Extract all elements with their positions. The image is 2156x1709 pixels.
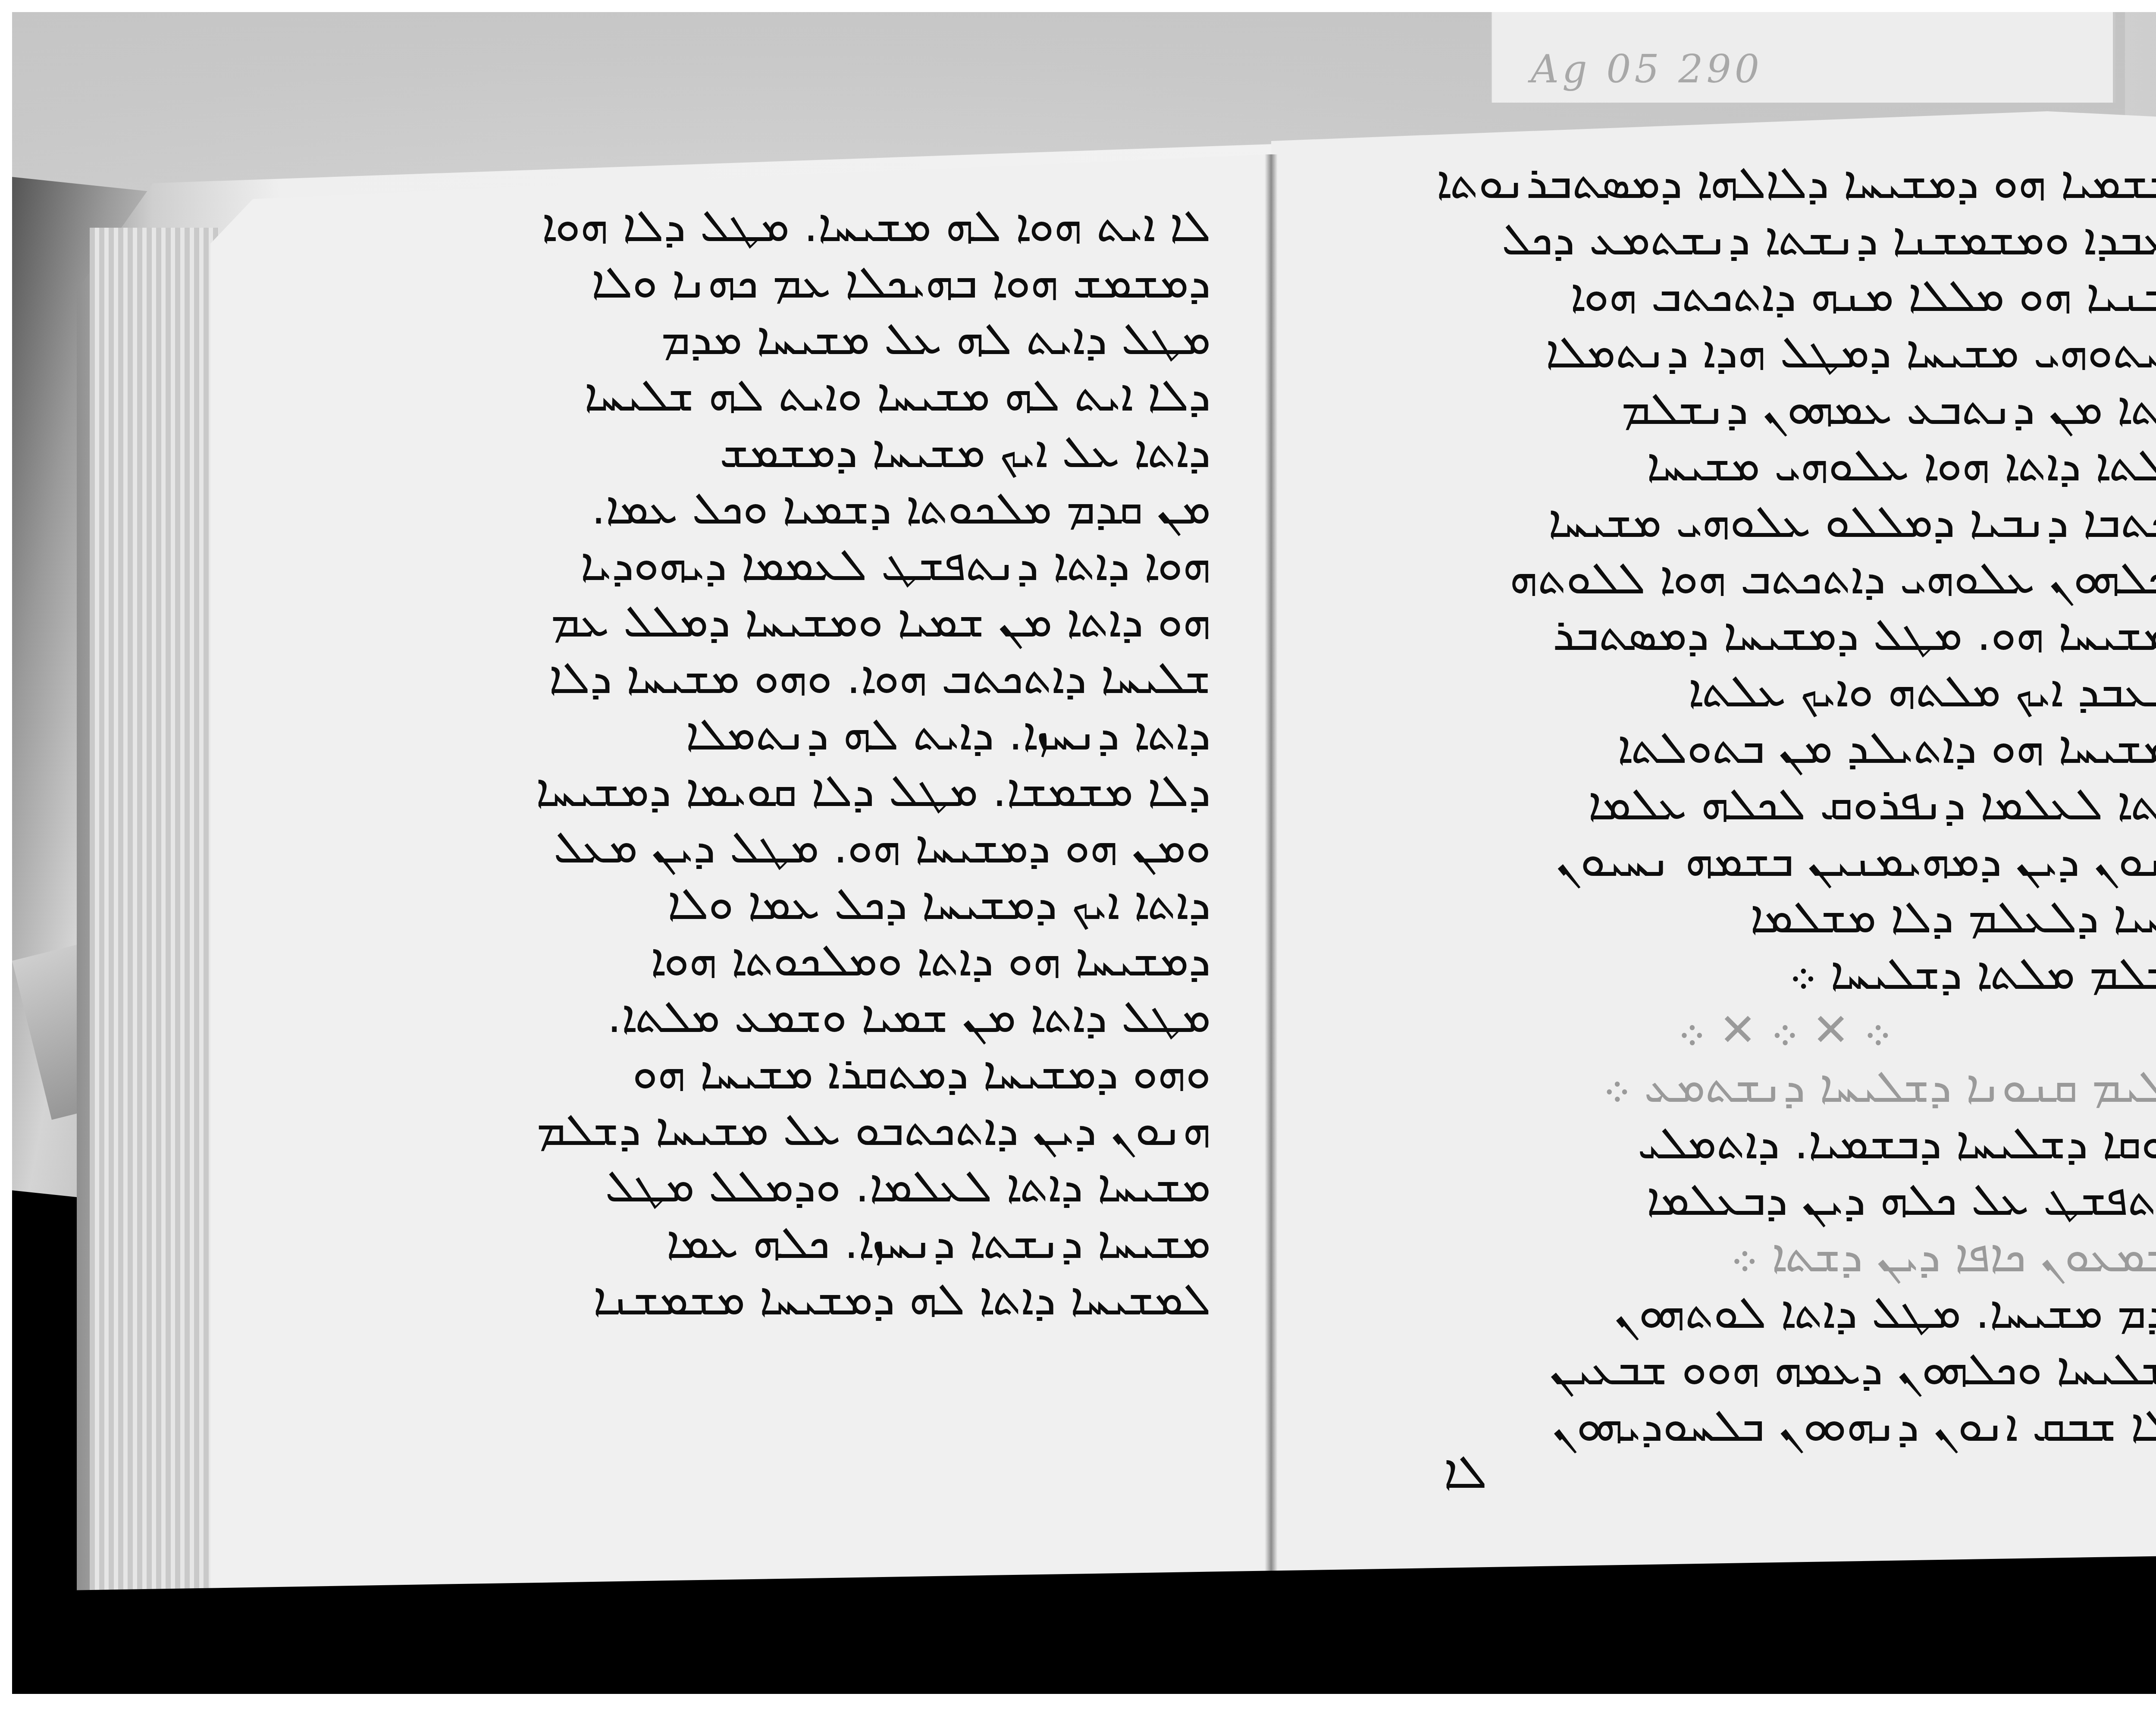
text-line: ܠܒܢܝܐ ܗܘ ܡܠܠܐ ܡܢܗ ܕܐܬܟܬܒ ܗܘܐ [1375, 267, 2156, 324]
text-line: ܠܘܩܐ ܕܫܠܝܚܐ ܕܒܫܡܝܐ. ܕܐܬܡܠܝ [1375, 1115, 2156, 1171]
text-line: ܘܗܘ ܕܡܫܝܚܐ ܕܡܬܩܪܐ ܡܫܝܚܐ ܗܘ [392, 1045, 1211, 1101]
shelfmark-label-text: Ag 05 290 [1531, 47, 1763, 92]
shelfmark-label-slip: Ag 05 290 [1491, 12, 2115, 103]
text-line: ܕܡܫܝܚܐ ܗܘ ܕܐܬܝܠܕ ܡܢ ܒܬܘܠܬܐ [1375, 719, 2156, 776]
text-line: ܡܢ ܩܕܡ ܡܠܟܘܬܐ ܕܫܡܝܐ ܘܟܠ ܥܡܐ. [392, 480, 1211, 536]
text-line: ܕܥܒܕܐ ܘܡܫܡܫܢܐ ܕܢܫܬܐ ܕܢܫܬܡܥ ܕܟܠ [1375, 211, 2156, 267]
text-line: ܠܐ ܐܝܬ ܗܘܐ ܠܗ ܡܫܝܚܐ. ܡܛܠ ܕܠܐ ܗܘܐ [392, 198, 1211, 254]
text-line: ܕܐܬܐ ܕܢܚܙܐ. ܕܐܝܬ ܠܗ ܕܢܬܡܠܐ [392, 706, 1211, 762]
text-line: ܗܘ ܕܐܬܐ ܡܢ ܫܡܝܐ ܘܡܫܝܚܐ ܕܡܠܠ ܥܡ [392, 593, 1211, 649]
text-line: ܠܫܠܝܚܐ ܘܟܠܗܘܢ ܕܥܡܗ ܗܘܘ ܫܒܥܝܢ [1375, 1341, 2156, 1397]
text-line: ܗܢܘܢ ܕܝܢ ܕܐܬܟܬܒܘ ܥܠ ܡܫܝܚܐ ܕܫܠܡ [392, 1101, 1211, 1158]
text-line: ܗܘܐ ܕܐܬܐ ܕܢܬܦܫܛ ܠܥܡܡܐ ܕܝܗܘܕܝܐ [392, 536, 1211, 593]
text-line: ܫܠܝܚܐ ܕܐܬܟܬܒ ܗܘܐ. ܘܗܘ ܡܫܝܚܐ ܕܠܐ [392, 649, 1211, 706]
ornament-line: ܀ ✕ ܀ ✕ ܀ [1375, 1002, 2156, 1058]
text-line: ܡܛܠ ܕܐܬܐ ܡܢ ܫܡܝܐ ܘܫܡܥ ܡܠܬܐ. [392, 988, 1211, 1045]
rubric-line: ܥܠܝܡ ܩܢܘܢܐ ܕܫܠܝܚܐ ܕܢܫܬܡܥ ܀ [1375, 1058, 2156, 1115]
text-line: ܕܠܐ ܡܫܡܫܐ. ܡܛܠ ܕܠܐ ܩܘܝܡܐ ܕܡܫܝܚܐ [392, 762, 1211, 819]
text-line: ܕܠܐ ܫܒܩ ܐܢܘܢ ܕܢܗܘܘܢ ܒܠܚܘܕܝܗܘܢ [1375, 1397, 2156, 1454]
left-page-text: ܠܐ ܐܝܬ ܗܘܐ ܠܗ ܡܫܝܚܐ. ܡܛܠ ܕܠܐ ܗܘܐ ܕܡܫܡܫ ܗ… [392, 198, 1211, 1327]
text-line: ܩܕܡ ܡܫܝܚܐ. ܡܛܠ ܕܐܬܐ ܠܘܬܗܘܢ [1375, 1284, 2156, 1341]
text-line: ܕܐܬܐ ܥܠ ܐܝܟ ܡܫܝܚܐ ܕܡܫܡܫ [392, 423, 1211, 480]
text-line: ܕܢܥܒܕ ܐܝܟ ܡܠܬܗ ܘܐܝܟ ܥܠܬܐ [1375, 663, 2156, 719]
text-line: ܕܐܬܐ ܡܢ ܕܢܬܒܥ ܥܡܗܘܢ ܕܢܫܠܡ [1375, 380, 2156, 437]
catchword: ܠܐ [1444, 1444, 1487, 1500]
text-line: ܠܡܫܝܚܐ ܕܐܬܐ ܠܗ ܕܡܫܝܚܐ ܡܫܡܫܢܐ [392, 1271, 1211, 1327]
text-line: ܕܐܬܐ ܐܝܟ ܕܡܫܝܚܐ ܕܟܠ ܥܡܐ ܘܠܐ [392, 875, 1211, 932]
text-line: ܕܡܫܝܚܐ ܗܘ ܕܐܬܐ ܘܡܠܟܘܬܐ ܗܘܐ [392, 932, 1211, 988]
text-line: ܘܡܢ ܗܘ ܕܡܫܝܚܐ ܗܘ. ܡܛܠ ܕܝܢ ܡܥܠ [392, 819, 1211, 875]
text-line: ܡܠܬܐ ܕܐܬܐ ܗܘܐ ܥܠܘܗܝ ܡܫܝܚܐ [1375, 437, 2156, 493]
text-line: ܕܡܫܡܫ ܗܘܐ ܒܗܝܟܠܐ ܥܡ ܟܗܢܐ ܘܠܐ [392, 254, 1211, 310]
text-line: ܡܫܝܚܐ ܕܐܬܐ ܠܥܠܡܐ. ܘܕܡܠܠ ܡܛܠ [392, 1158, 1211, 1214]
text-line: ܡܫܝܚܐ ܕܢܫܬܐ ܕܢܚܙܐ. ܟܠܗ ܥܡܐ [392, 1214, 1211, 1271]
text-line: ܡܛܠ ܕܐܝܬ ܠܗ ܥܠ ܡܫܝܚܐ ܡܕܡ [392, 310, 1211, 367]
text-line: ܕܟܬܒܐ ܕܢܒܝܐ ܕܡܠܠܘ ܥܠܘܗܝ ܡܫܝܚܐ [1375, 493, 2156, 550]
text-line: ܒܚܝܐ ܕܠܥܠܡ ܕܠܐ ܡܫܠܡܐ [1375, 889, 2156, 945]
text-line: ܘܐܬܦܫܛ ܥܠ ܟܠܗ ܕܝܢ ܕܒܥܠܡܐ [1375, 1171, 2156, 1228]
text-line: ܕܐܬܐ ܠܥܠܡܐ ܕܢܦܪܘܩ ܠܟܠܗ ܥܠܡܐ [1375, 776, 2156, 832]
text-line: ܕܐܝܬܘܗܝ ܡܫܝܚܐ ܕܡܛܠ ܗܕܐ ܕܢܬܡܠܐ [1375, 324, 2156, 380]
text-line: ܗܢܘܢ ܕܝܢ ܕܡܗܝܡܢܝܢ ܒܫܡܗ ܢܚܝܘܢ [1375, 832, 2156, 889]
text-line: ܕܡܫܝܚܐ ܗܘ. ܡܛܠ ܕܡܫܝܚܐ ܕܡܣܬܒܪ [1375, 606, 2156, 663]
book-gutter [1265, 154, 1278, 1621]
page-edges-left [90, 228, 219, 1651]
rubric-line: ܕܫܡܥܘܢ ܟܐܦܐ ܕܝܢ ܕܫܬܐ ܀ [1375, 1228, 2156, 1284]
text-line: ܕܒܫܡܝܐ ܗܘ ܕܡܫܝܚܐ ܕܠܐܠܗܐ ܕܡܣܬܒܪܢܘܬܐ [1375, 154, 2156, 211]
text-line: ܕܠܐ ܐܝܬ ܠܗ ܡܫܝܚܐ ܘܐܝܬ ܠܗ ܫܠܝܚܐ [392, 367, 1211, 423]
right-page-text: ܕܒܫܡܝܐ ܗܘ ܕܡܫܝܚܐ ܕܠܐܠܗܐ ܕܡܣܬܒܪܢܘܬܐ ܕܥܒܕܐ… [1375, 154, 2156, 1454]
photo-frame: Ag 05 290 ܠܐ ܐܝܬ ܗܘܐ ܠܗ ܡܫܝܚܐ. ܡܛܠ ܕܠܐ ܗ… [12, 12, 2156, 1694]
text-line: ܘܟܠܗܘܢ ܥܠܘܗܝ ܕܐܬܟܬܒ ܗܘܐ ܠܠܘܬܗ [1375, 550, 2156, 606]
text-line: ܕܫܠܡ ܡܠܬܐ ܕܫܠܝܚܐ ܀ [1375, 945, 2156, 1002]
